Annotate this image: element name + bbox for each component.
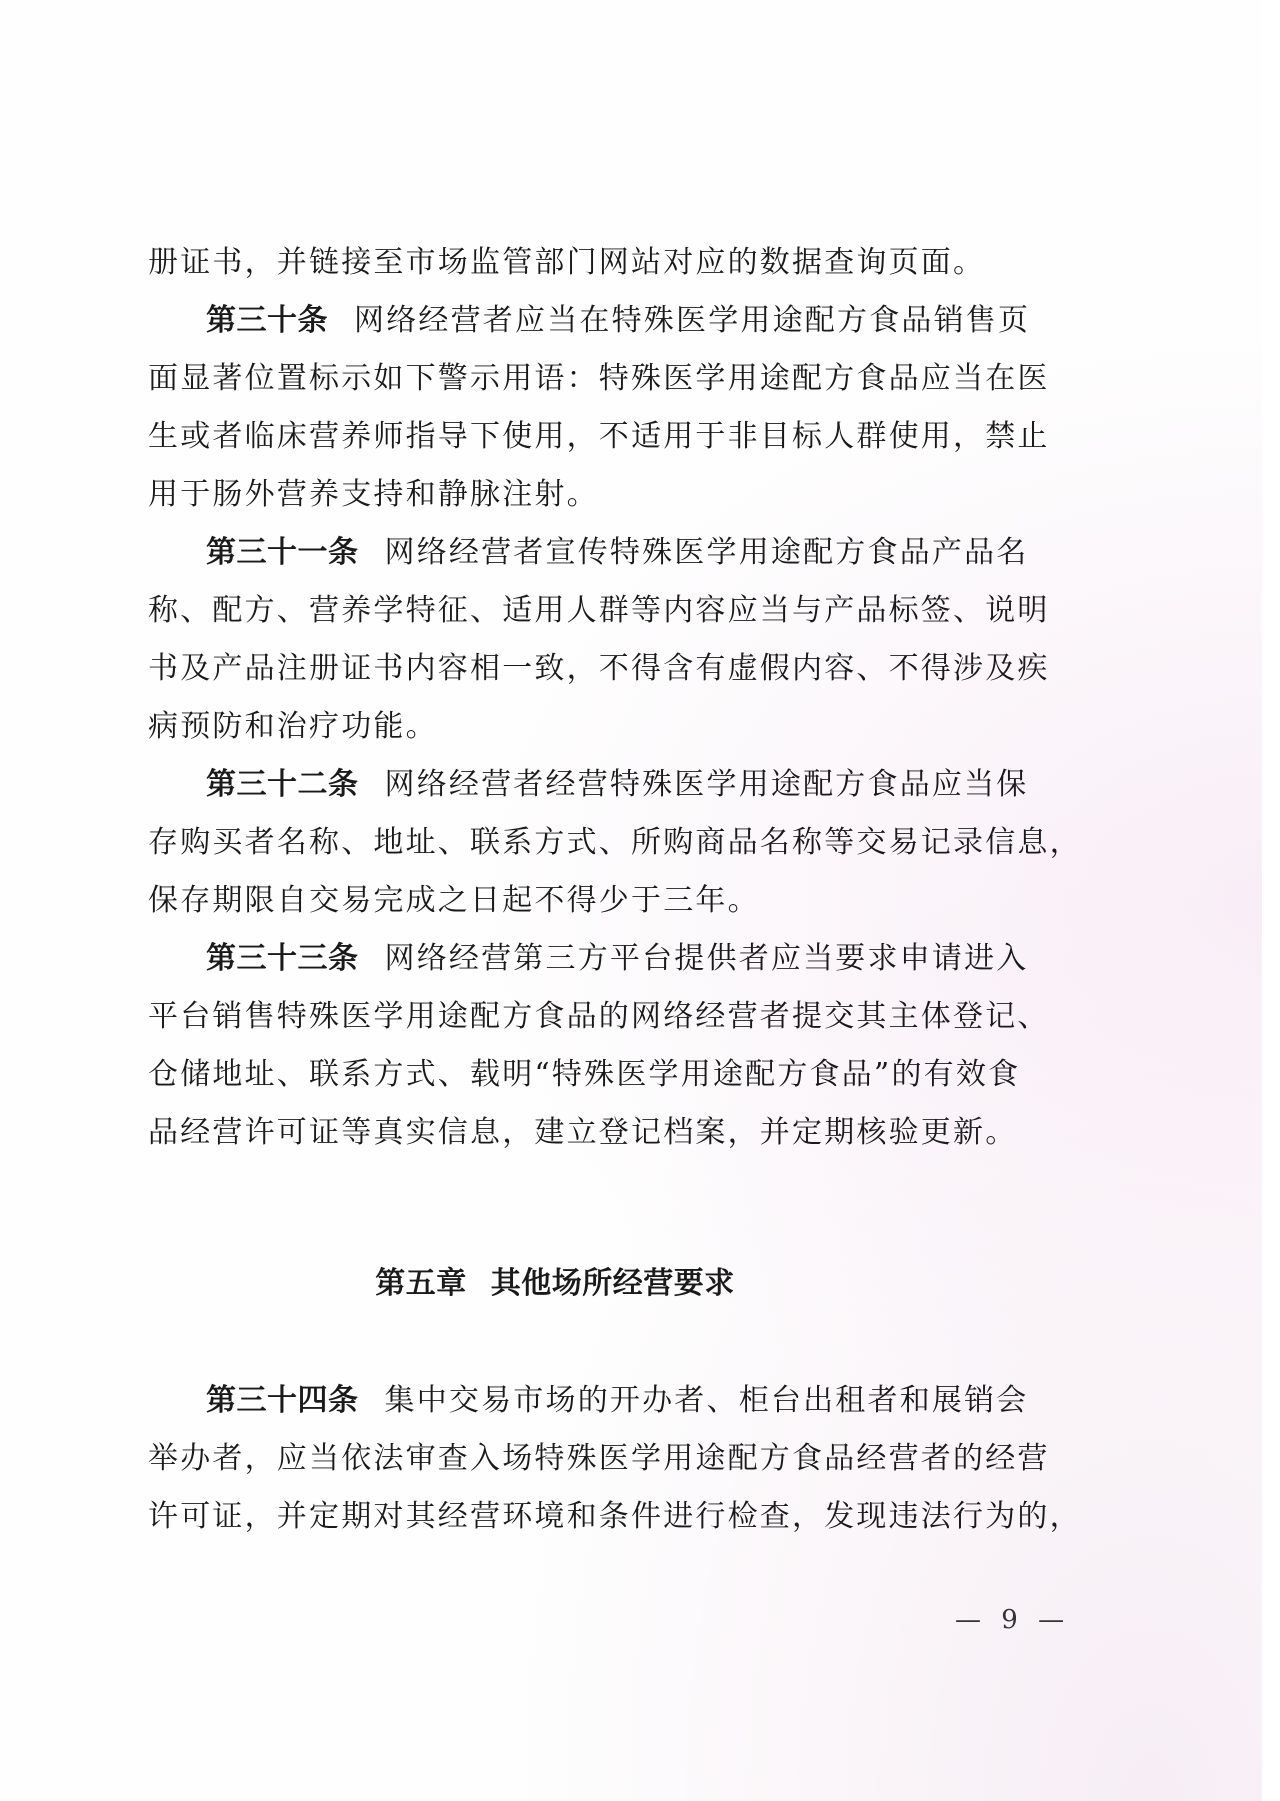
article-number: 第三十三条 (206, 941, 359, 976)
text-line: 仓储地址、联系方式、载明“特殊医学用途配方食品”的有效食 (148, 1046, 1108, 1104)
text-line: 网络经营第三方平台提供者应当要求申请进入 (385, 941, 1029, 976)
page-number: — 9 — (955, 1605, 1070, 1635)
text-line: 举办者，应当依法审查入场特殊医学用途配方食品经营者的经营 (148, 1430, 1108, 1488)
document-page: 册证书，并链接至市场监管部门网站对应的数据查询页面。 第三十条网络经营者应当在特… (0, 0, 1280, 1801)
text-line: 网络经营者应当在特殊医学用途配方食品销售页 (354, 303, 1030, 338)
article-number: 第三十二条 (206, 767, 359, 802)
text-line: 生或者临床营养师指导下使用，不适用于非目标人群使用，禁止 (148, 408, 1108, 466)
text-line: 病预防和治疗功能。 (148, 698, 1108, 756)
article-31: 第三十一条网络经营者宣传特殊医学用途配方食品产品名 称、配方、营养学特征、适用人… (148, 524, 1108, 756)
document-body: 册证书，并链接至市场监管部门网站对应的数据查询页面。 第三十条网络经营者应当在特… (148, 234, 1108, 1162)
chapter-title: 其他场所经营要求 (491, 1266, 735, 1301)
article-number: 第三十一条 (206, 535, 359, 570)
article-32: 第三十二条网络经营者经营特殊医学用途配方食品应当保 存购买者名称、地址、联系方式… (148, 756, 1108, 930)
text-line: 保存期限自交易完成之日起不得少于三年。 (148, 872, 1108, 930)
chapter-number: 第五章 (375, 1266, 467, 1301)
article-34: 第三十四条集中交易市场的开办者、柜台出租者和展销会 举办者，应当依法审查入场特殊… (148, 1372, 1108, 1546)
article-number: 第三十条 (206, 303, 328, 338)
paragraph-continuation: 册证书，并链接至市场监管部门网站对应的数据查询页面。 (148, 234, 1108, 292)
text-line: 面显著位置标示如下警示用语：特殊医学用途配方食品应当在医 (148, 350, 1108, 408)
text-line: 书及产品注册证书内容相一致，不得含有虚假内容、不得涉及疾 (148, 640, 1108, 698)
text-line: 集中交易市场的开办者、柜台出租者和展销会 (385, 1383, 1029, 1418)
article-number: 第三十四条 (206, 1383, 359, 1418)
text-line: 用于肠外营养支持和静脉注射。 (148, 466, 1108, 524)
chapter-heading: 第五章其他场所经营要求 (0, 1258, 1110, 1302)
text-line: 网络经营者经营特殊医学用途配方食品应当保 (385, 767, 1029, 802)
article-30: 第三十条网络经营者应当在特殊医学用途配方食品销售页 面显著位置标示如下警示用语：… (148, 292, 1108, 524)
text-line: 平台销售特殊医学用途配方食品的网络经营者提交其主体登记、 (148, 988, 1108, 1046)
article-33: 第三十三条网络经营第三方平台提供者应当要求申请进入 平台销售特殊医学用途配方食品… (148, 930, 1108, 1162)
text-line: 品经营许可证等真实信息，建立登记档案，并定期核验更新。 (148, 1104, 1108, 1162)
text-line: 许可证，并定期对其经营环境和条件进行检查，发现违法行为的， (148, 1488, 1108, 1546)
text-line: 存购买者名称、地址、联系方式、所购商品名称等交易记录信息， (148, 814, 1108, 872)
text-line: 网络经营者宣传特殊医学用途配方食品产品名 (385, 535, 1029, 570)
text-line: 册证书，并链接至市场监管部门网站对应的数据查询页面。 (148, 245, 985, 280)
text-line: 称、配方、营养学特征、适用人群等内容应当与产品标签、说明 (148, 582, 1108, 640)
